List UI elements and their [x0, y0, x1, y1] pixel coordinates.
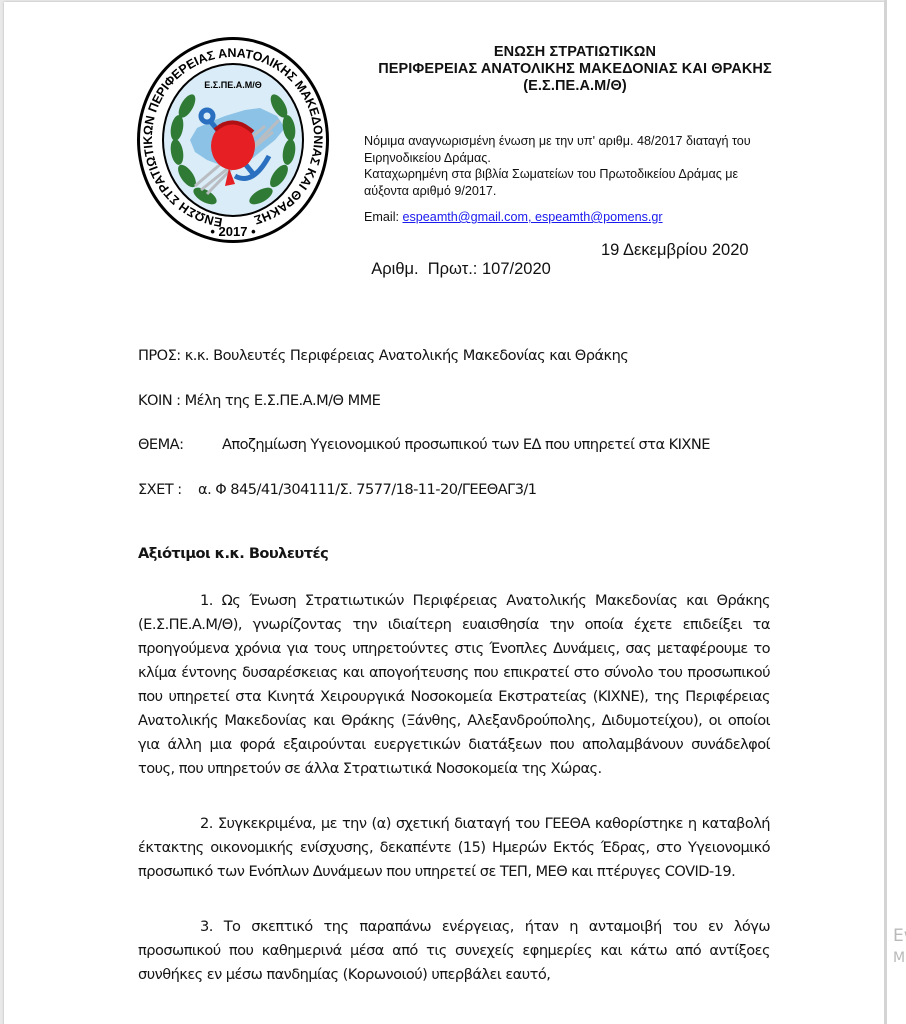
next-page-text-fragment: Εν	[893, 926, 906, 946]
email-line: Email: espeamth@gmail.com, espeamth@pome…	[364, 210, 663, 224]
email-link-pomens[interactable]: espeamth@pomens.gr	[535, 210, 663, 224]
recipients-line: ΠΡΟΣ: κ.κ. Βουλευτές Περιφέρειας Ανατολι…	[138, 347, 628, 364]
email-separator: ,	[528, 210, 535, 224]
protocol-line: Αριθμ. Πρωτ.: 107/2020 19 Δεκεμβρίου 202…	[363, 241, 551, 298]
subject-value: Αποζημίωση Υγειονομικού προσωπικού των Ε…	[222, 436, 710, 453]
protocol-number: Αριθμ. Πρωτ.: 107/2020	[371, 260, 551, 278]
email-label: Email:	[364, 210, 403, 224]
paragraph-text: 2. Συγκεκριμένα, με την (α) σχετική διατ…	[138, 812, 770, 884]
next-page-text-fragment: Μα	[893, 950, 906, 966]
next-page-edge	[884, 0, 906, 1024]
salutation: Αξιότιμοι κ.κ. Βουλευτές	[138, 545, 328, 562]
org-acronym: (Ε.Σ.ΠΕ.Α.Μ/Θ)	[355, 78, 795, 95]
reference-line: ΣΧΕΤ : α. Φ 845/41/304111/Σ. 7577/18-11-…	[138, 481, 182, 498]
subject-line: ΘΕΜΑ: Αποζημίωση Υγειονομικού προσωπικού…	[138, 436, 183, 453]
organization-header: ΕΝΩΣΗ ΣΤΡΑΤΙΩΤΙΚΩΝ ΠΕΡΙΦΕΡΕΙΑΣ ΑΝΑΤΟΛΙΚΗ…	[355, 44, 795, 95]
logo-year: • 2017 •	[210, 224, 256, 239]
document-date: 19 Δεκεμβρίου 2020	[601, 241, 749, 260]
registration-line: Καταχωρημένη στα βιβλία Σωματείων του Πρ…	[364, 166, 794, 183]
registration-line: Ειρηνοδικείου Δράμας.	[364, 150, 794, 167]
paragraph-3: 3. Το σκεπτικό της παραπάνω ενέργειας, ή…	[138, 915, 770, 987]
paragraph-text: 3. Το σκεπτικό της παραπάνω ενέργειας, ή…	[138, 915, 770, 987]
paragraph-1: 1. Ως Ένωση Στρατιωτικών Περιφέρειας Ανα…	[138, 589, 770, 781]
paragraph-2: 2. Συγκεκριμένα, με την (α) σχετική διατ…	[138, 812, 770, 884]
registration-line: αύξοντα αριθμό 9/2017.	[364, 183, 794, 200]
registration-line: Νόμιμα αναγνωρισμένη ένωση με την υπ' αρ…	[364, 133, 794, 150]
reference-value: α. Φ 845/41/304111/Σ. 7577/18-11-20/ΓΕΕΘ…	[198, 481, 537, 498]
org-name-line-2: ΠΕΡΙΦΕΡΕΙΑΣ ΑΝΑΤΟΛΙΚΗΣ ΜΑΚΕΔΟΝΙΑΣ ΚΑΙ ΘΡ…	[355, 61, 795, 78]
cc-line: ΚΟΙΝ : Μέλη της Ε.Σ.ΠΕ.Α.Μ/Θ ΜΜΕ	[138, 392, 380, 409]
subject-label: ΘΕΜΑ:	[138, 436, 183, 453]
logo-inner-label: Ε.Σ.ΠΕ.Α.Μ/Θ	[204, 80, 261, 90]
organization-logo: ΕΝΩΣΗ ΣΤΡΑΤΙΩΤΙΚΩΝ ΠΕΡΙΦΕΡΕΙΑΣ ΑΝΑΤΟΛΙΚΗ…	[135, 36, 331, 246]
paragraph-text: 1. Ως Ένωση Στρατιωτικών Περιφέρειας Ανα…	[138, 589, 770, 781]
org-name-line-1: ΕΝΩΣΗ ΣΤΡΑΤΙΩΤΙΚΩΝ	[355, 44, 795, 61]
reference-label: ΣΧΕΤ :	[138, 481, 182, 498]
email-link-gmail[interactable]: espeamth@gmail.com	[403, 210, 528, 224]
registration-info: Νόμιμα αναγνωρισμένη ένωση με την υπ' αρ…	[364, 133, 794, 199]
